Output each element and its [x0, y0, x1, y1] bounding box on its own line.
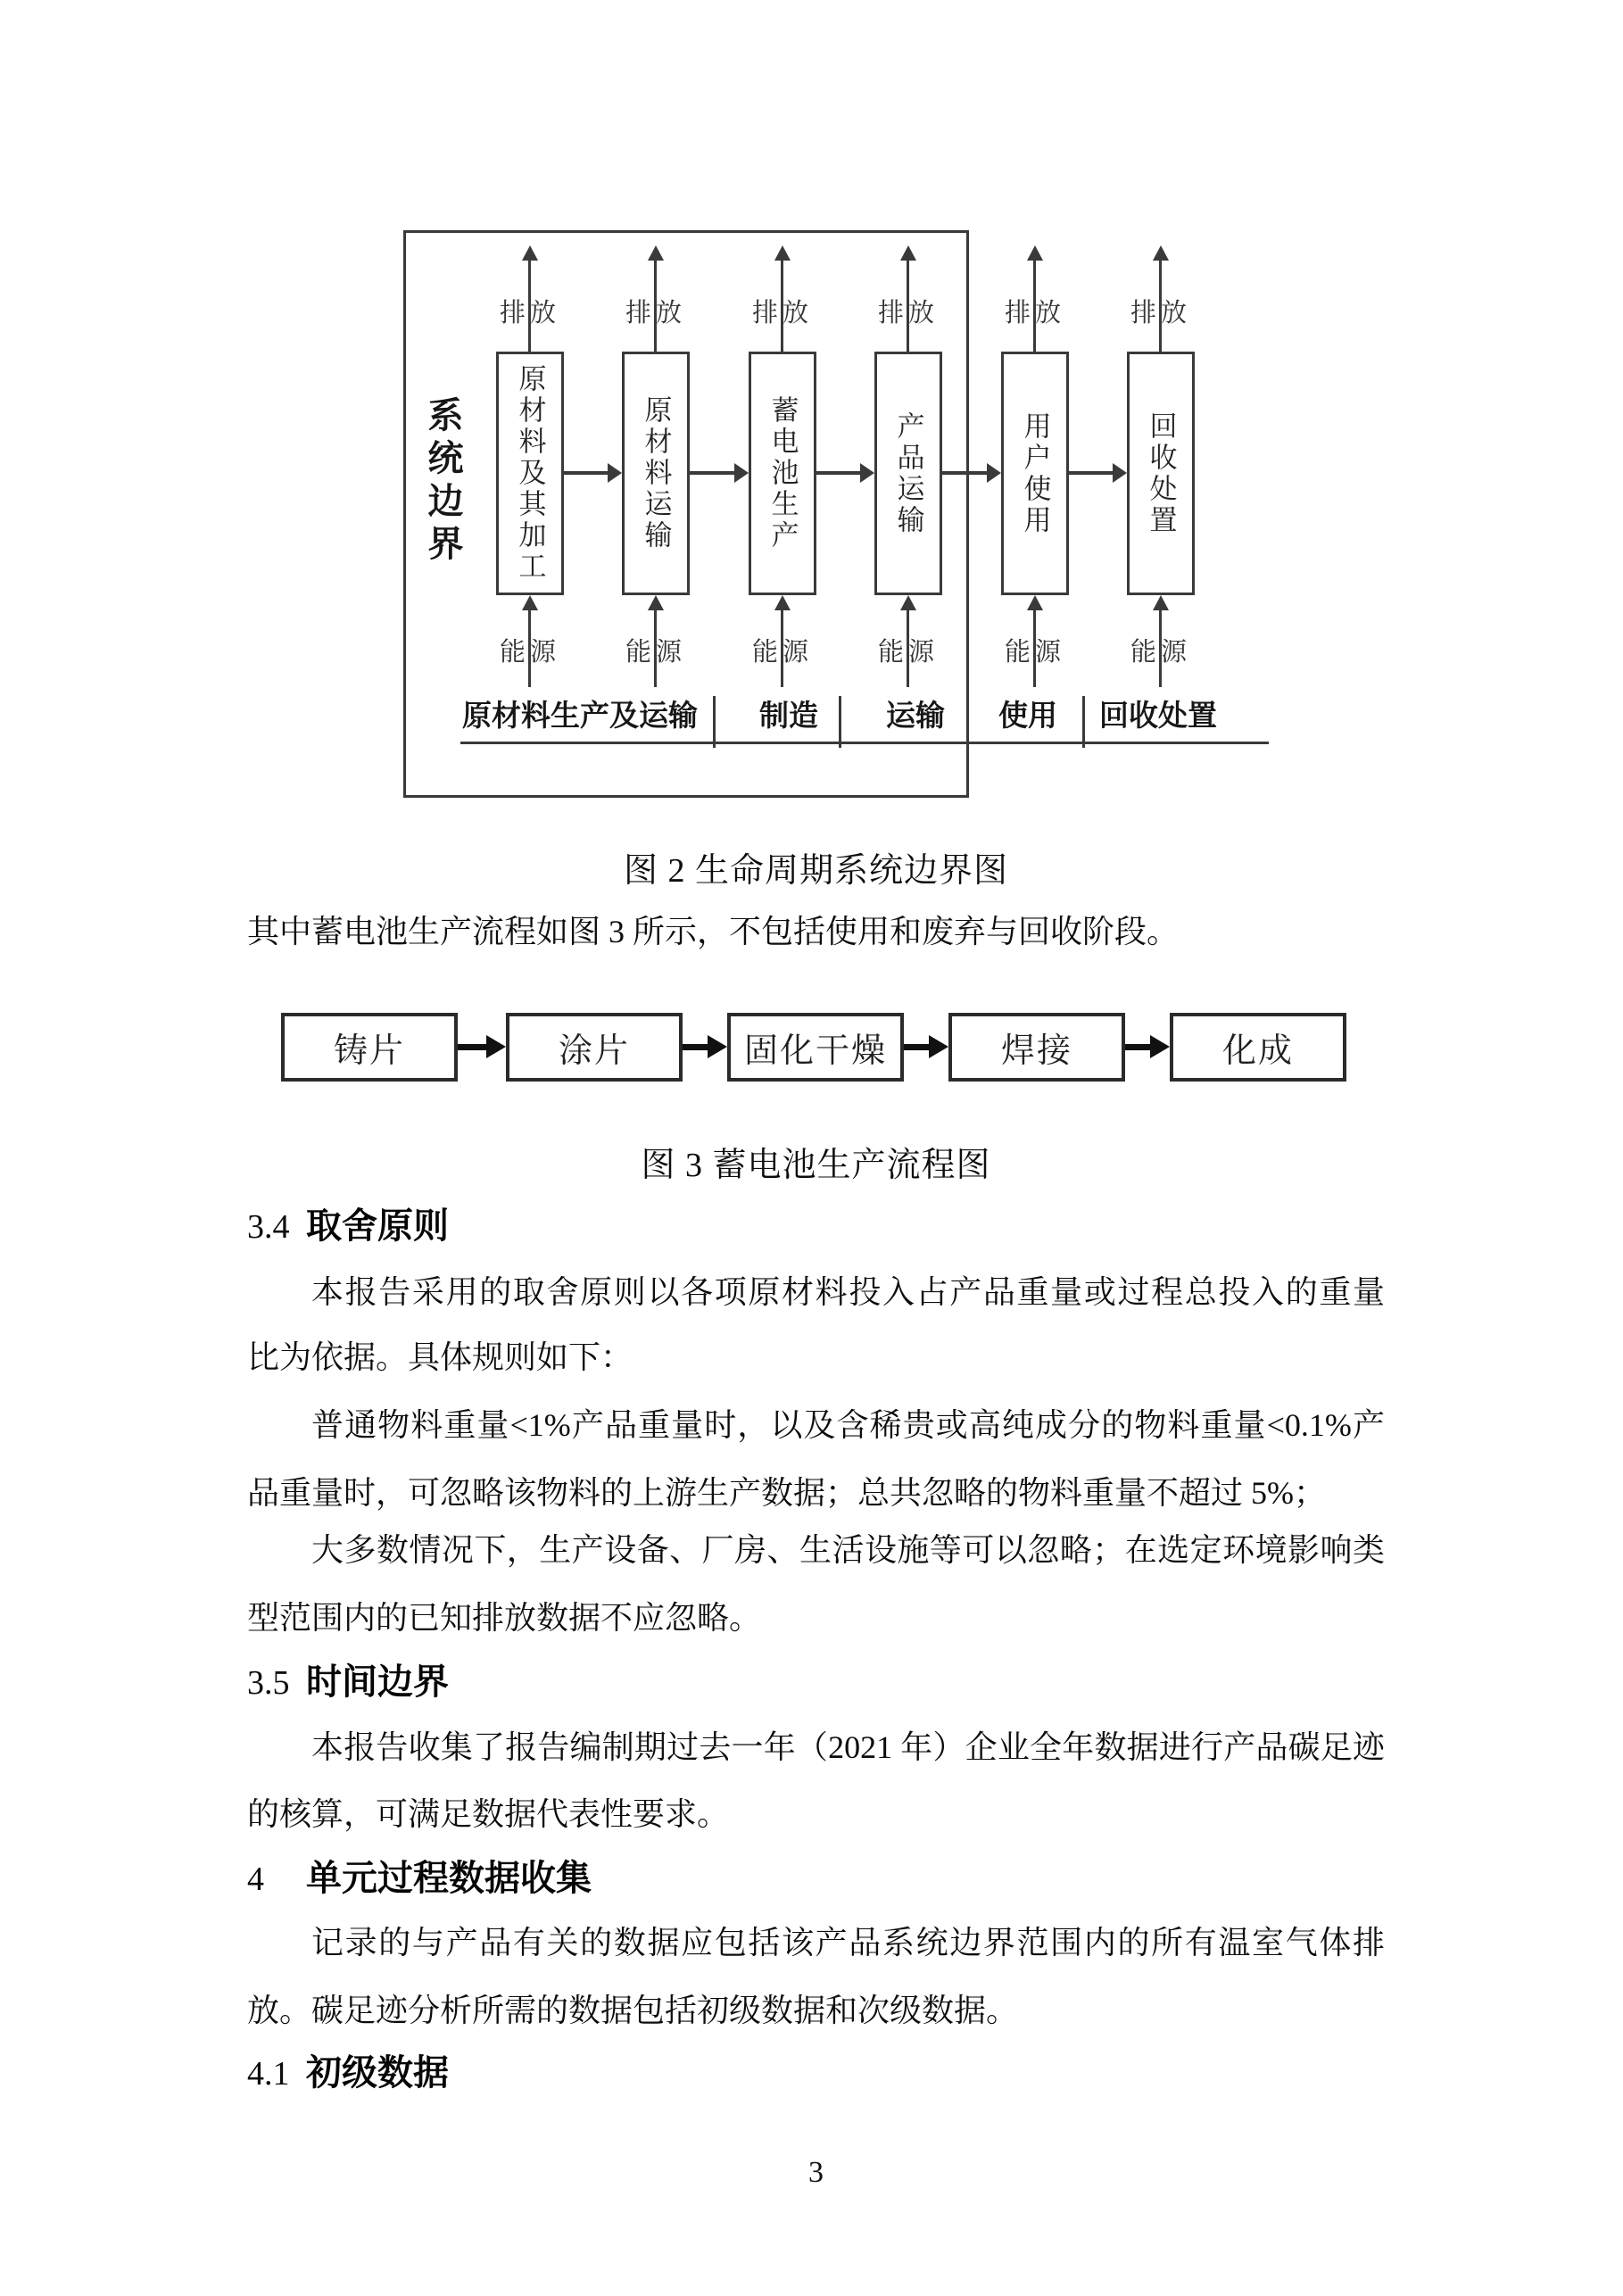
phase-label: 运输 — [862, 696, 969, 735]
flow-arrow-line — [564, 471, 608, 475]
process-step-label: 化成 — [1222, 1023, 1294, 1072]
process-step-box: 固化干燥 — [727, 1013, 904, 1082]
flow-arrow-head-icon — [929, 1035, 948, 1058]
section-number: 3.5 — [247, 1659, 306, 1707]
flow-arrow-head-icon — [608, 463, 622, 483]
flow-arrow-head-icon — [486, 1035, 506, 1058]
phase-divider — [839, 696, 841, 748]
emission-arrow-head-icon — [774, 245, 791, 261]
emission-label: 排放 — [998, 296, 1072, 330]
flow-arrow-line — [904, 1044, 929, 1050]
process-step-label: 焊接 — [1001, 1023, 1072, 1072]
emission-arrow-head-icon — [900, 245, 916, 261]
phase-label: 原材料生产及运输 — [451, 696, 709, 735]
energy-label: 能源 — [871, 635, 946, 669]
emission-arrow-head-icon — [1153, 245, 1169, 261]
paragraph-line: 记录的与产品有关的数据应包括该产品系统边界范围内的所有温室气体排 — [247, 1919, 1385, 1967]
section-heading-4: 4单元过程数据收集 — [247, 1854, 1385, 1903]
paragraph-line: 放。碳足迹分析所需的数据包括初级数据和次级数据。 — [247, 1986, 1385, 2035]
figure2-caption: 图 2 生命周期系统边界图 — [247, 847, 1385, 895]
paragraph-line: 比为依据。具体规则如下： — [247, 1333, 1385, 1381]
emission-arrow-head-icon — [648, 245, 664, 261]
phase-divider — [713, 696, 716, 748]
section-number: 4 — [247, 1855, 306, 1903]
paragraph-line: 普通物料重量<1%产品重量时，以及含稀贵或高纯成分的物料重量<0.1%产 — [247, 1401, 1385, 1449]
paragraph-line: 品重量时，可忽略该物料的上游生产数据；总共忽略的物料重量不超过 5%； — [247, 1469, 1385, 1517]
process-box-raw-material: 原材料及其加工 — [496, 352, 564, 595]
paragraph-line: 本报告收集了报告编制期过去一年（2021 年）企业全年数据进行产品碳足迹 — [247, 1723, 1385, 1771]
energy-label: 能源 — [745, 635, 820, 669]
emission-label: 排放 — [871, 296, 946, 330]
emission-label: 排放 — [493, 296, 567, 330]
section-title: 取舍原则 — [306, 1206, 449, 1246]
paragraph-line: 的核算，可满足数据代表性要求。 — [247, 1790, 1385, 1838]
section-number: 3.4 — [247, 1203, 306, 1251]
flow-arrow-head-icon — [734, 463, 749, 483]
paragraph-line: 本报告采用的取舍原则以各项原材料投入占产品重量或过程总投入的重量 — [247, 1268, 1385, 1316]
figure-battery-production-flow: 铸片 涂片 固化干燥 焊接 化成 — [0, 1013, 1623, 1084]
flow-arrow-line — [683, 1044, 708, 1050]
process-step-box: 化成 — [1170, 1013, 1346, 1082]
paragraph-line: 大多数情况下，生产设备、厂房、生活设施等可以忽略；在选定环境影响类 — [247, 1526, 1385, 1574]
process-step-box: 涂片 — [506, 1013, 683, 1082]
emission-arrow-head-icon — [1027, 245, 1043, 261]
phase-divider — [1082, 696, 1085, 748]
document-page: 系统边界 原材料及其加工 原材料运输 蓄电池生产 产品运输 用户使用 回收处置 … — [0, 0, 1623, 2296]
phase-label: 使用 — [974, 696, 1081, 735]
energy-label: 能源 — [618, 635, 693, 669]
flow-arrow-head-icon — [1113, 463, 1127, 483]
emission-label: 排放 — [745, 296, 820, 330]
paragraph-line: 其中蓄电池生产流程如图 3 所示，不包括使用和废弃与回收阶段。 — [247, 908, 1385, 956]
paragraph-line: 型范围内的已知排放数据不应忽略。 — [247, 1594, 1385, 1642]
section-heading-3-5: 3.5时间边界 — [247, 1658, 1385, 1707]
energy-label: 能源 — [1123, 635, 1198, 669]
energy-label: 能源 — [998, 635, 1072, 669]
page-number: 3 — [247, 2156, 1385, 2190]
process-box-battery-production: 蓄电池生产 — [749, 352, 816, 595]
flow-arrow-line — [1069, 471, 1113, 475]
process-step-label: 铸片 — [334, 1023, 405, 1072]
section-heading-3-4: 3.4取舍原则 — [247, 1202, 1385, 1251]
figure-lifecycle-system-boundary: 系统边界 原材料及其加工 原材料运输 蓄电池生产 产品运输 用户使用 回收处置 … — [393, 196, 1294, 830]
phase-label: 回收处置 — [1087, 696, 1230, 735]
section-title: 单元过程数据收集 — [306, 1859, 592, 1898]
process-box-product-transport: 产品运输 — [874, 352, 942, 595]
section-title: 初级数据 — [306, 2053, 449, 2093]
process-box-material-transport: 原材料运输 — [622, 352, 690, 595]
flow-arrow-line — [458, 1044, 486, 1050]
emission-label: 排放 — [1123, 296, 1198, 330]
flow-arrow-line — [942, 471, 987, 475]
system-boundary-label: 系统边界 — [418, 396, 468, 568]
process-step-label: 固化干燥 — [744, 1023, 887, 1072]
process-box-user-use: 用户使用 — [1001, 352, 1069, 595]
flow-arrow-head-icon — [987, 463, 1001, 483]
flow-arrow-line — [690, 471, 734, 475]
process-step-box: 铸片 — [281, 1013, 458, 1082]
emission-label: 排放 — [618, 296, 693, 330]
phase-label: 制造 — [735, 696, 842, 735]
flow-arrow-head-icon — [1150, 1035, 1170, 1058]
process-step-label: 涂片 — [559, 1023, 630, 1072]
flow-arrow-head-icon — [708, 1035, 727, 1058]
emission-arrow-head-icon — [522, 245, 538, 261]
energy-label: 能源 — [493, 635, 567, 669]
phase-axis-line — [460, 742, 1269, 744]
section-title: 时间边界 — [306, 1662, 449, 1702]
flow-arrow-head-icon — [860, 463, 874, 483]
process-box-recycling: 回收处置 — [1127, 352, 1195, 595]
process-step-box: 焊接 — [948, 1013, 1125, 1082]
section-heading-4-1: 4.1初级数据 — [247, 2049, 1385, 2098]
flow-arrow-line — [816, 471, 860, 475]
section-number: 4.1 — [247, 2050, 306, 2098]
figure3-caption: 图 3 蓄电池生产流程图 — [247, 1141, 1385, 1189]
flow-arrow-line — [1125, 1044, 1150, 1050]
